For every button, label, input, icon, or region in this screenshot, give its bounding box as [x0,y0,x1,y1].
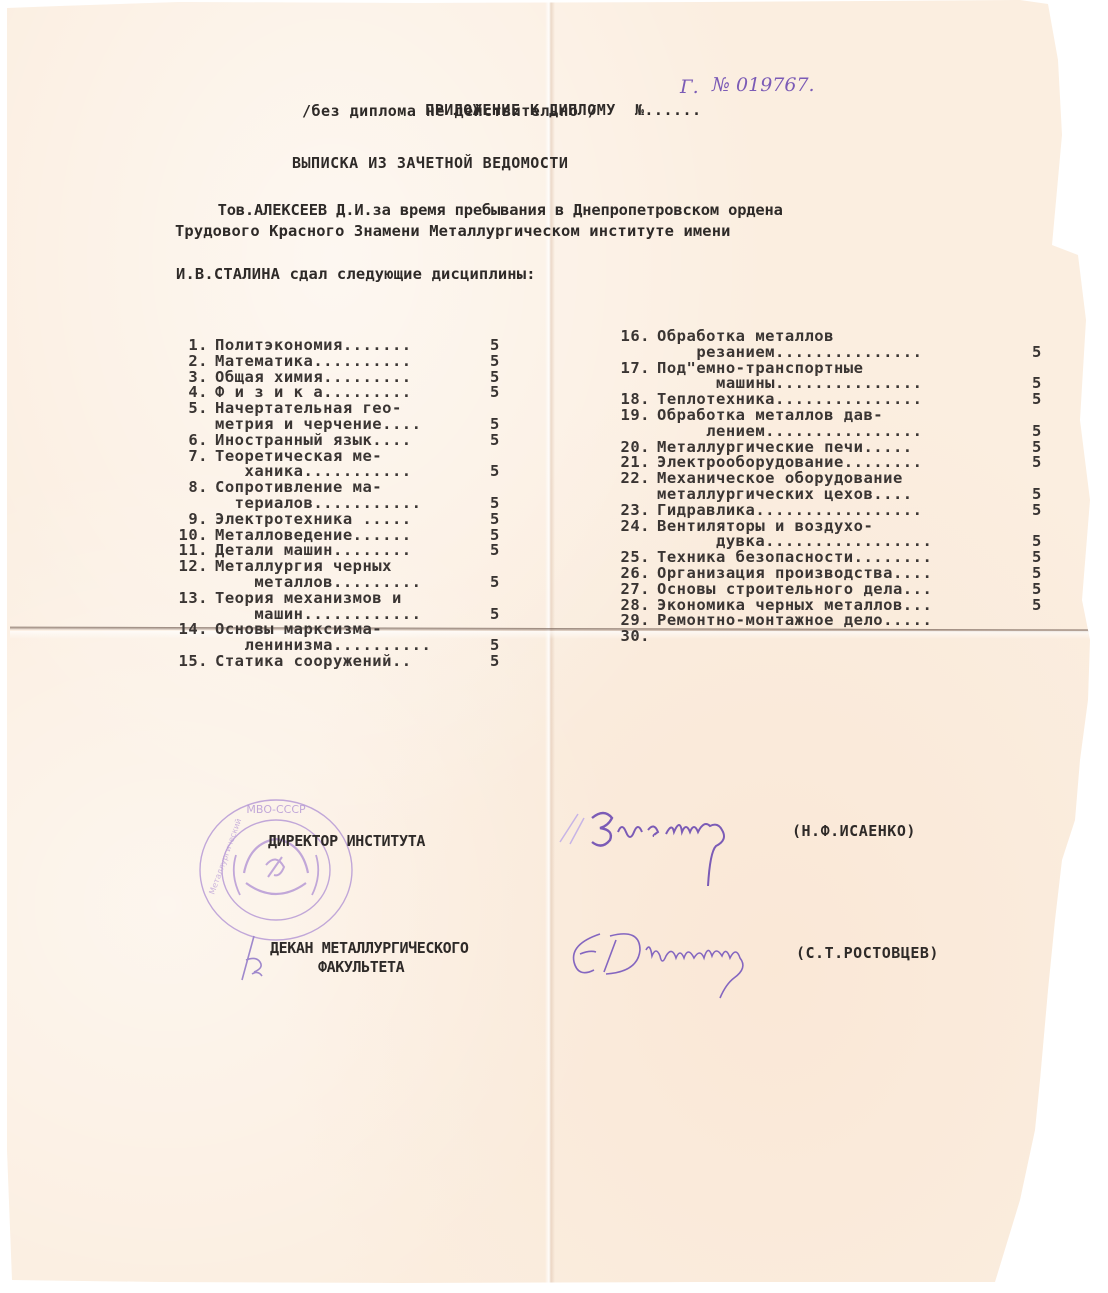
dean-title-line-2: ФАКУЛЬТЕТА [318,958,404,976]
discipline-grade: 5 [490,385,500,401]
discipline-name: Ремонтно-монтажное дело..... [657,613,932,629]
discipline-grade: 5 [1032,392,1042,408]
handwritten-number: № 019767. [712,74,815,96]
intro-line-2: Трудового Красного Знамени Металлургичес… [175,222,731,240]
scanned-document: ПРИЛОЖЕНИЕ К ДИПЛОМУ №...... Г. № 019767… [0,0,1108,1293]
official-stamp: МВО-СССР Металлургический [196,795,356,945]
intro-line-1: Тов.АЛЕКСЕЕВ Д.И.за время пребывания в Д… [172,201,783,219]
discipline-number: 7. [170,449,208,465]
discipline-number: 5. [170,401,208,417]
discipline-grade: 5 [490,654,500,670]
dean-name: (С.Т.РОСТОВЦЕВ) [796,944,939,962]
svg-text:Металлургический: Металлургический [207,817,243,895]
discipline-grade: 5 [490,575,500,591]
discipline-grade: 5 [490,433,500,449]
discipline-grade: 5 [1032,345,1042,361]
stamp-text: МВО-СССР [246,803,306,816]
discipline-number: 13. [170,591,208,607]
discipline-number: 8. [170,480,208,496]
dean-title-line-1: ДЕКАН МЕТАЛЛУРГИЧЕСКОГО [270,939,469,957]
discipline-number: 16. [612,329,650,345]
discipline-number: 19. [612,408,650,424]
intro-line-3: И.В.СТАЛИНА сдал следующие дисциплины: [176,265,536,283]
header-dots: .... [663,101,701,119]
discipline-number: 12. [170,559,208,575]
discipline-name: Статика сооружений.. [215,654,412,670]
discipline-grade: 5 [490,543,500,559]
header-subtitle: /без диплома не действительно / [302,102,597,120]
director-signature [548,800,788,890]
discipline-grade: 5 [1032,455,1042,471]
discipline-grade: 5 [1032,598,1042,614]
director-title: ДИРЕКТОР ИНСТИТУТА [268,832,425,850]
discipline-number: 17. [612,361,650,377]
discipline-number: 30. [612,629,650,645]
vertical-fold [545,0,555,1290]
paper-sheet: ПРИЛОЖЕНИЕ К ДИПЛОМУ №...... Г. № 019767… [0,0,1108,1293]
discipline-number: 22. [612,471,650,487]
discipline-number: 15. [170,654,208,670]
handwritten-series: Г. [680,76,699,98]
discipline-number: 24. [612,519,650,535]
discipline-grade: 5 [490,607,500,623]
discipline-number: 14. [170,622,208,638]
dean-signature [560,920,800,1000]
discipline-grade: 5 [490,464,500,480]
discipline-grade: 5 [1032,503,1042,519]
director-name: (Н.Ф.ИСАЕНКО) [792,822,916,840]
document-title: ВЫПИСКА ИЗ ЗАЧЕТНОЙ ВЕДОМОСТИ [292,154,568,172]
